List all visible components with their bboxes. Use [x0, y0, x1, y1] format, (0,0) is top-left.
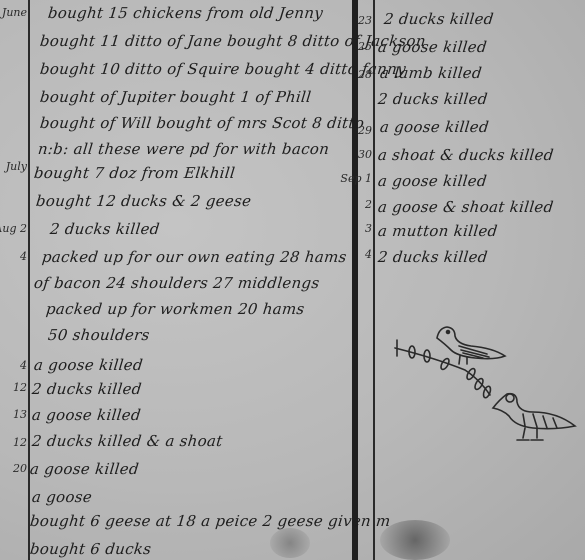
- ledger-date: June: [2, 6, 27, 19]
- ledger-entry: a goose killed: [379, 118, 490, 136]
- ledger-entry: 50 shoulders: [47, 326, 151, 344]
- ledger-entry: a lamb killed: [379, 64, 483, 82]
- ledger-entry: 2 ducks killed: [49, 220, 161, 238]
- ledger-entry: 2 ducks killed: [383, 10, 495, 28]
- ledger-entry: bought of Jupiter bought 1 of Phill: [39, 88, 312, 106]
- ledger-date: 20: [13, 462, 27, 475]
- ledger-entry: packed up for our own eating 28 hams: [41, 248, 348, 266]
- ledger-date: Aug 2: [0, 222, 27, 235]
- ledger-date: July: [6, 160, 27, 173]
- ledger-entry: a goose killed: [29, 460, 140, 478]
- bird-icon: [493, 394, 575, 440]
- branch-icon: [395, 340, 492, 399]
- ledger-entry: a goose killed: [33, 356, 144, 374]
- ledger-entry: 2 ducks killed: [377, 248, 489, 266]
- ledger-entry: packed up for workmen 20 hams: [45, 300, 305, 318]
- ledger-date: 4: [20, 250, 27, 263]
- ledger-entry: a goose killed: [31, 406, 142, 424]
- ledger-entry: of bacon 24 shoulders 27 middlengs: [33, 274, 320, 292]
- page-fold-rule: [352, 0, 358, 560]
- ledger-date: 28: [358, 68, 372, 81]
- ledger-page: JuneJulyAug 24412131220 bought 15 chicke…: [0, 0, 585, 560]
- ledger-date: 12: [13, 436, 27, 449]
- ledger-date: 2: [365, 198, 372, 211]
- ledger-entry: 2 ducks killed: [31, 380, 143, 398]
- ledger-entry: 2 ducks killed: [377, 90, 489, 108]
- ledger-date: 4: [20, 359, 27, 372]
- ledger-date: 4: [365, 248, 372, 261]
- ledger-entry: bought 6 ducks: [29, 540, 152, 558]
- ledger-entry: a goose & shoat killed: [377, 198, 554, 216]
- ledger-date: 30: [358, 148, 372, 161]
- ledger-entry: bought 6 geese at 18 a peice 2 geese giv…: [29, 512, 392, 530]
- ledger-entry: a mutton killed: [377, 222, 498, 240]
- ledger-date: Sep 1: [340, 172, 372, 185]
- ledger-entry: a goose: [31, 488, 93, 506]
- ledger-entry: bought of Will bought of mrs Scot 8 ditt…: [39, 114, 365, 132]
- ledger-entry: a goose killed: [377, 38, 488, 56]
- ledger-date: 29: [358, 124, 372, 137]
- ledger-date: 25: [358, 40, 372, 53]
- ledger-entry: n:b: all these were pd for with bacon: [37, 140, 330, 158]
- ink-smudge: [270, 528, 310, 558]
- ledger-date: 23: [358, 14, 372, 27]
- ledger-entry: a shoat & ducks killed: [377, 146, 555, 164]
- ledger-entry: bought 15 chickens from old Jenny: [47, 4, 324, 22]
- ledger-entry: a goose killed: [377, 172, 488, 190]
- ledger-date: 12: [13, 381, 27, 394]
- margin-rule-right: [373, 0, 375, 560]
- ledger-entry: bought 10 ditto of Squire bought 4 ditto…: [39, 60, 407, 78]
- ledger-entry: bought 12 ducks & 2 geese: [35, 192, 252, 210]
- bird-sketch: [375, 300, 585, 450]
- ledger-entry: bought 7 doz from Elkhill: [33, 164, 236, 182]
- ink-smudge: [380, 520, 450, 560]
- ledger-entry: 2 ducks killed & a shoat: [31, 432, 224, 450]
- ledger-date: 13: [13, 408, 27, 421]
- ledger-date: 3: [365, 222, 372, 235]
